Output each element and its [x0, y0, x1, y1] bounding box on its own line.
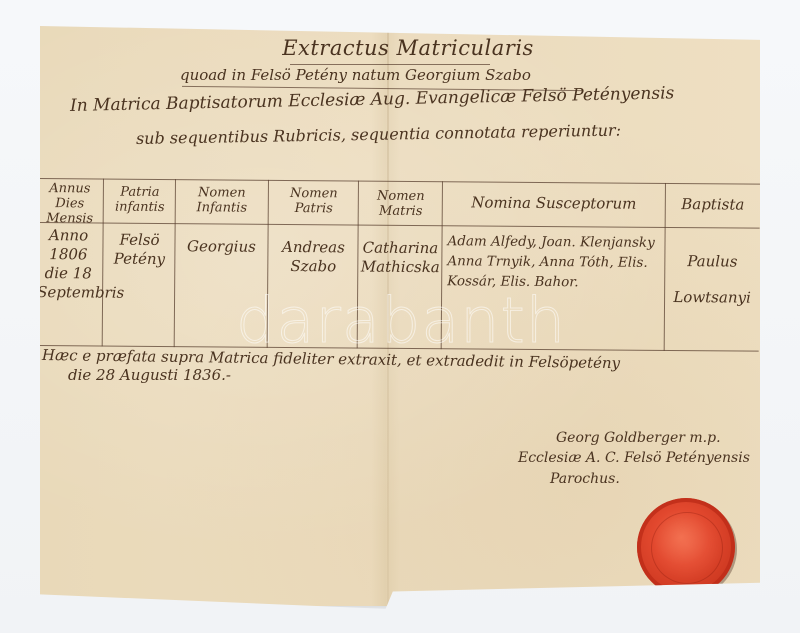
document-sheet: Extractus Matricularis quoad in Felsö Pe… — [40, 26, 760, 606]
header-birthplace: Patria infantis — [106, 185, 174, 216]
header-mother-name: Nomen Matris — [362, 189, 440, 220]
table-col-rule — [102, 179, 104, 347]
intro-line-2: sub sequentibus Rubricis, sequentia conn… — [136, 121, 621, 148]
closing-line-2: die 28 Augusti 1836.- — [68, 366, 231, 384]
cell-birthplace: Felsö Petény — [107, 231, 171, 270]
cell-child-name: Georgius — [177, 237, 265, 257]
table-rule-top — [36, 178, 760, 185]
header-father-name: Nomen Patris — [272, 186, 356, 217]
header-date: Annus Dies Mensis — [38, 181, 102, 227]
baptism-register-table: Annus Dies Mensis Patria infantis Nomen … — [35, 178, 760, 352]
seal-impression — [651, 512, 723, 584]
document-subtitle: quoad in Felsö Petény natum Georgium Sza… — [180, 66, 531, 84]
header-baptist: Baptista — [668, 197, 758, 213]
title-underline — [290, 64, 490, 65]
table-rule-header — [36, 222, 760, 229]
header-child-name: Nomen Infantis — [178, 185, 266, 216]
signature-parish: Ecclesiæ A. C. Felsö Petényensis — [518, 450, 750, 466]
table-col-rule — [664, 183, 666, 351]
table-col-rule — [267, 180, 269, 348]
header-godparents: Nomina Susceptorum — [446, 195, 662, 212]
wax-seal-icon — [637, 498, 735, 596]
cell-mother-name: Catharina Mathicska — [359, 239, 441, 278]
cell-date: Anno 1806 die 18 Septembris — [37, 226, 100, 302]
cell-baptist: Paulus Lowtsanyi — [669, 243, 756, 316]
cell-godparents: Adam Alfedy, Joan. Klenjansky Anna Trnyi… — [447, 231, 661, 293]
table-col-rule — [174, 179, 176, 347]
signature-title: Parochus. — [550, 471, 620, 487]
document-title: Extractus Matricularis — [258, 36, 558, 60]
signature-name: Georg Goldberger m.p. — [556, 430, 721, 446]
cell-father-name: Andreas Szabo — [271, 238, 355, 277]
